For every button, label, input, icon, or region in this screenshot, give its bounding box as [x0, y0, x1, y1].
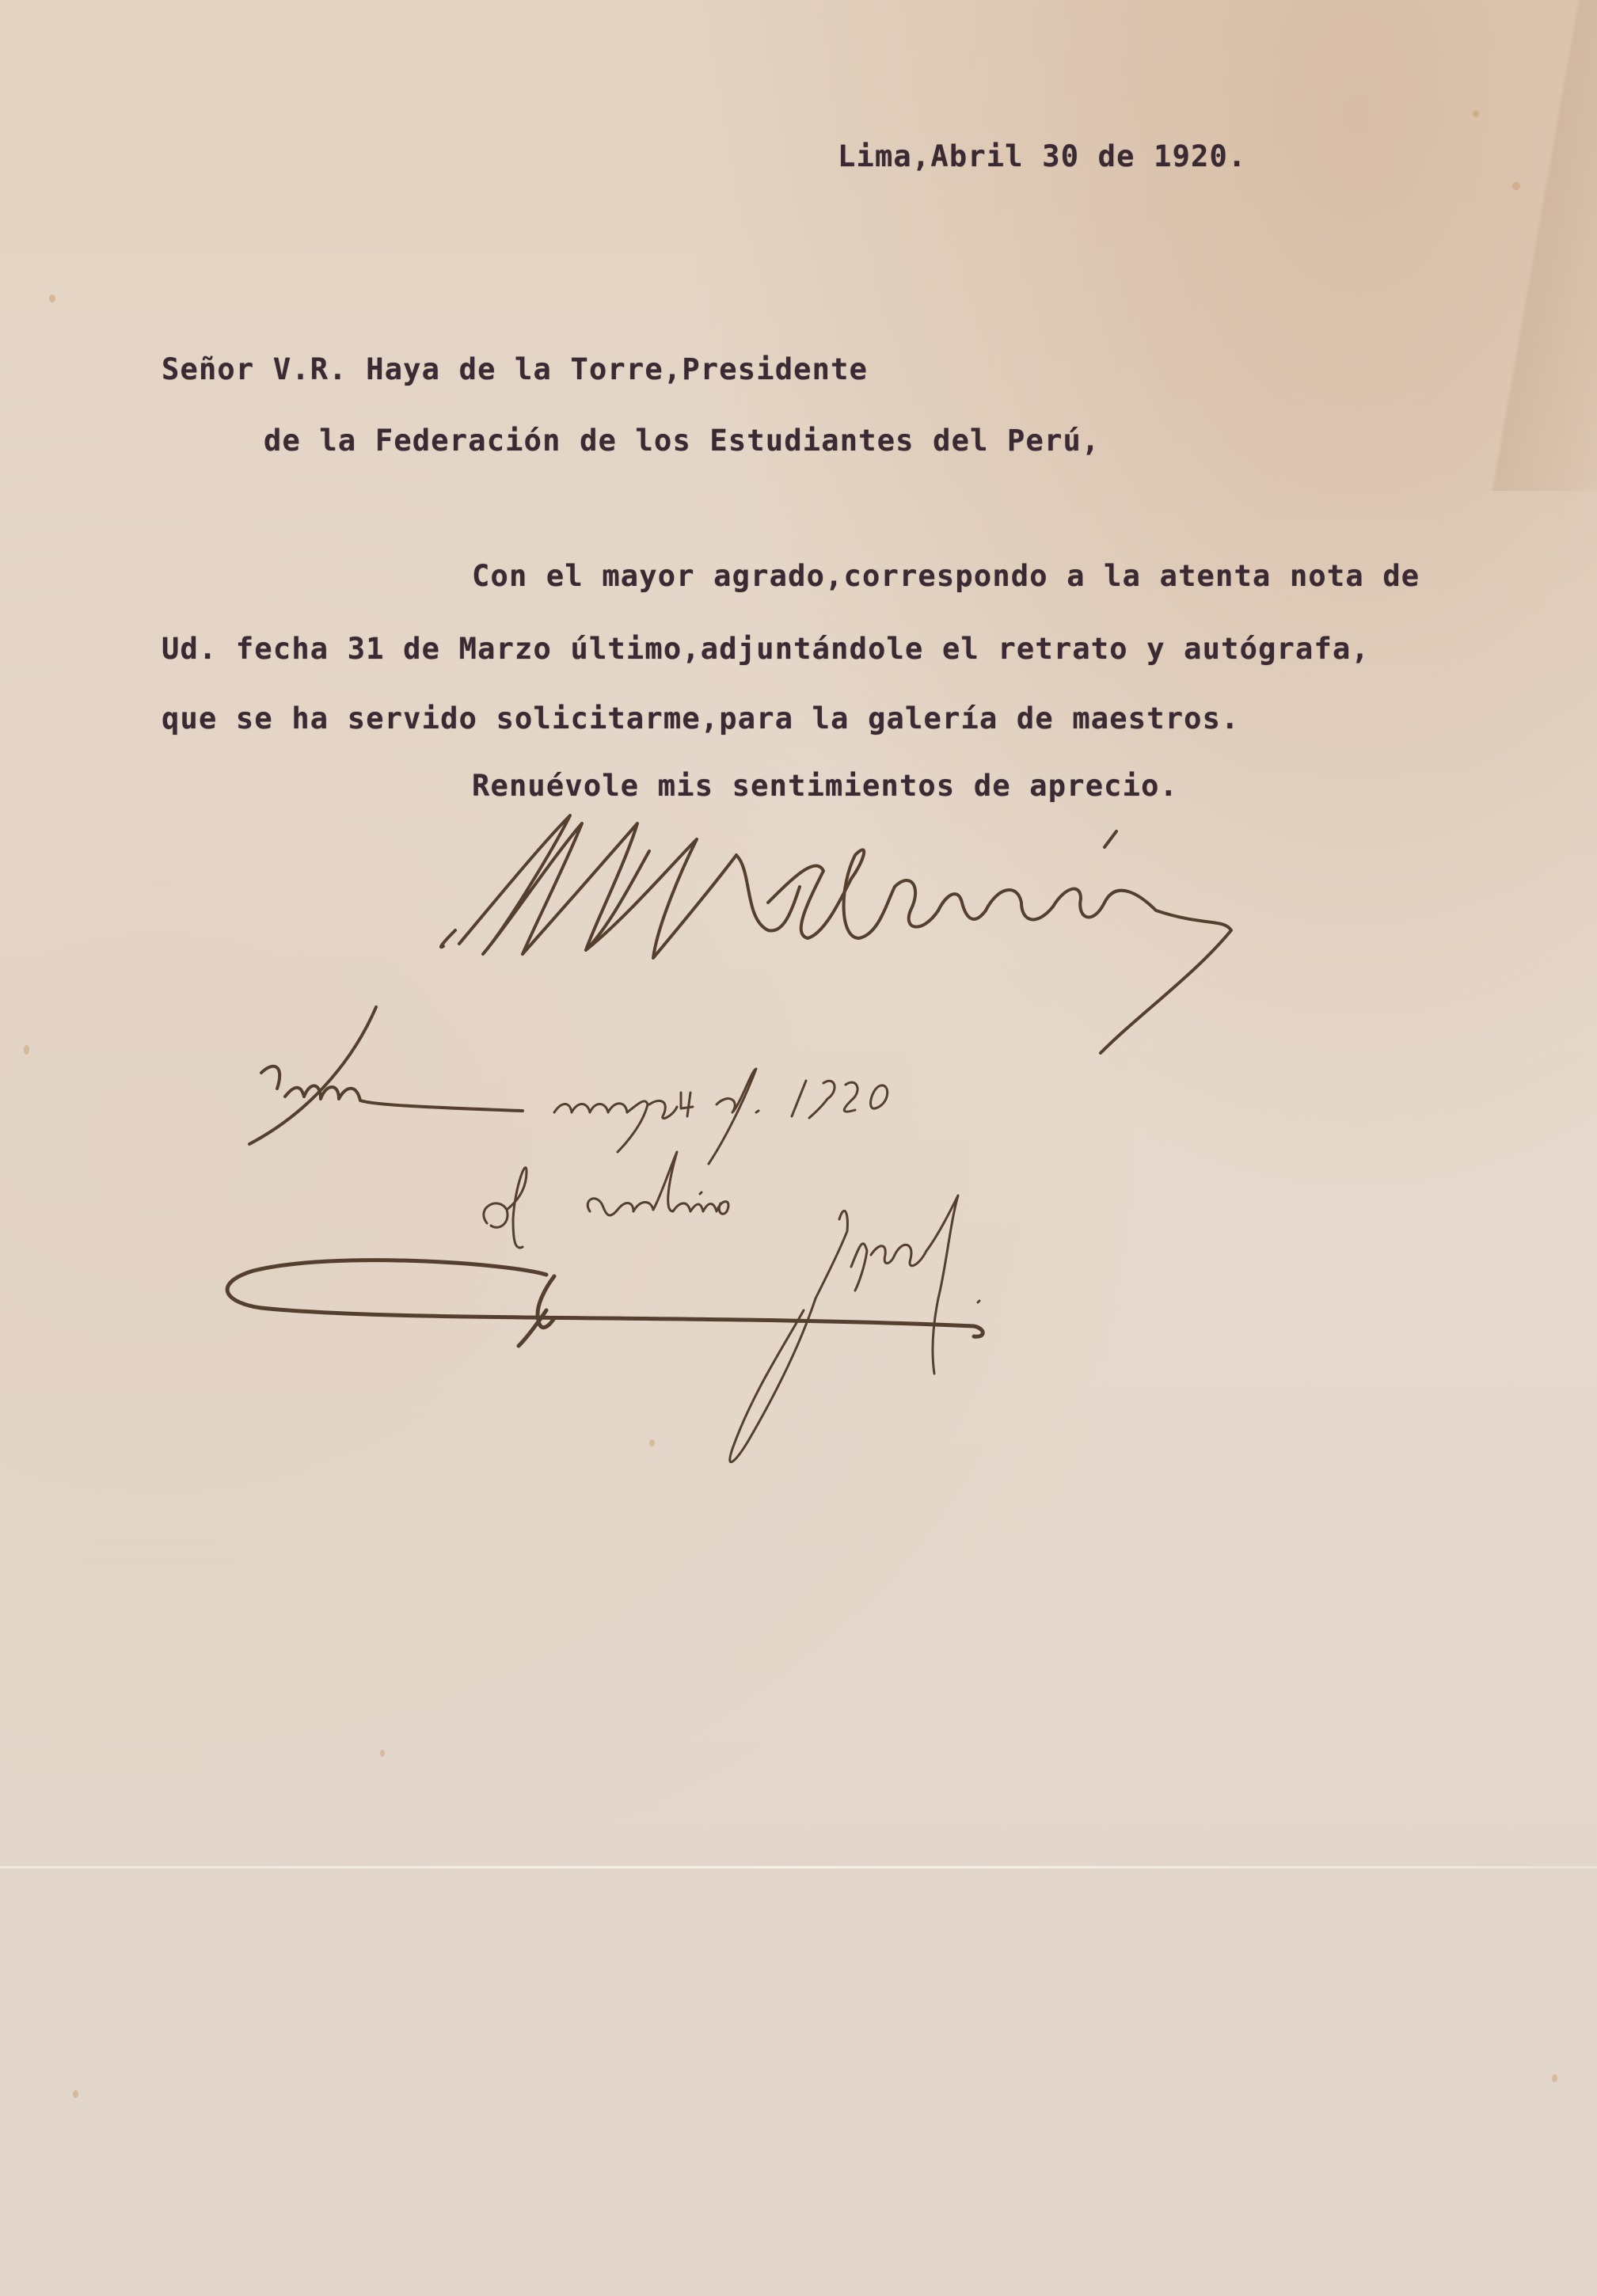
annotation-line-2-text: Al archivo [483, 1188, 487, 1188]
handwriting-ink [0, 0, 1597, 2296]
annotation-date [554, 1069, 888, 1164]
signature-text: MVillarán [491, 823, 495, 824]
signature-villaran [441, 815, 1231, 1053]
annotation-lima [249, 1007, 523, 1144]
annotation-line-1-text: Lima mayo 4 de 1920 [253, 1077, 262, 1078]
annotation-flourish [227, 1260, 983, 1346]
annotation-al-archivo [484, 1152, 728, 1248]
annotation-initials-text: Haya [792, 1267, 794, 1268]
annotation-initials [730, 1196, 979, 1462]
letter-page: Lima,Abril 30 de 1920. Señor V.R. Haya d… [0, 0, 1597, 2296]
